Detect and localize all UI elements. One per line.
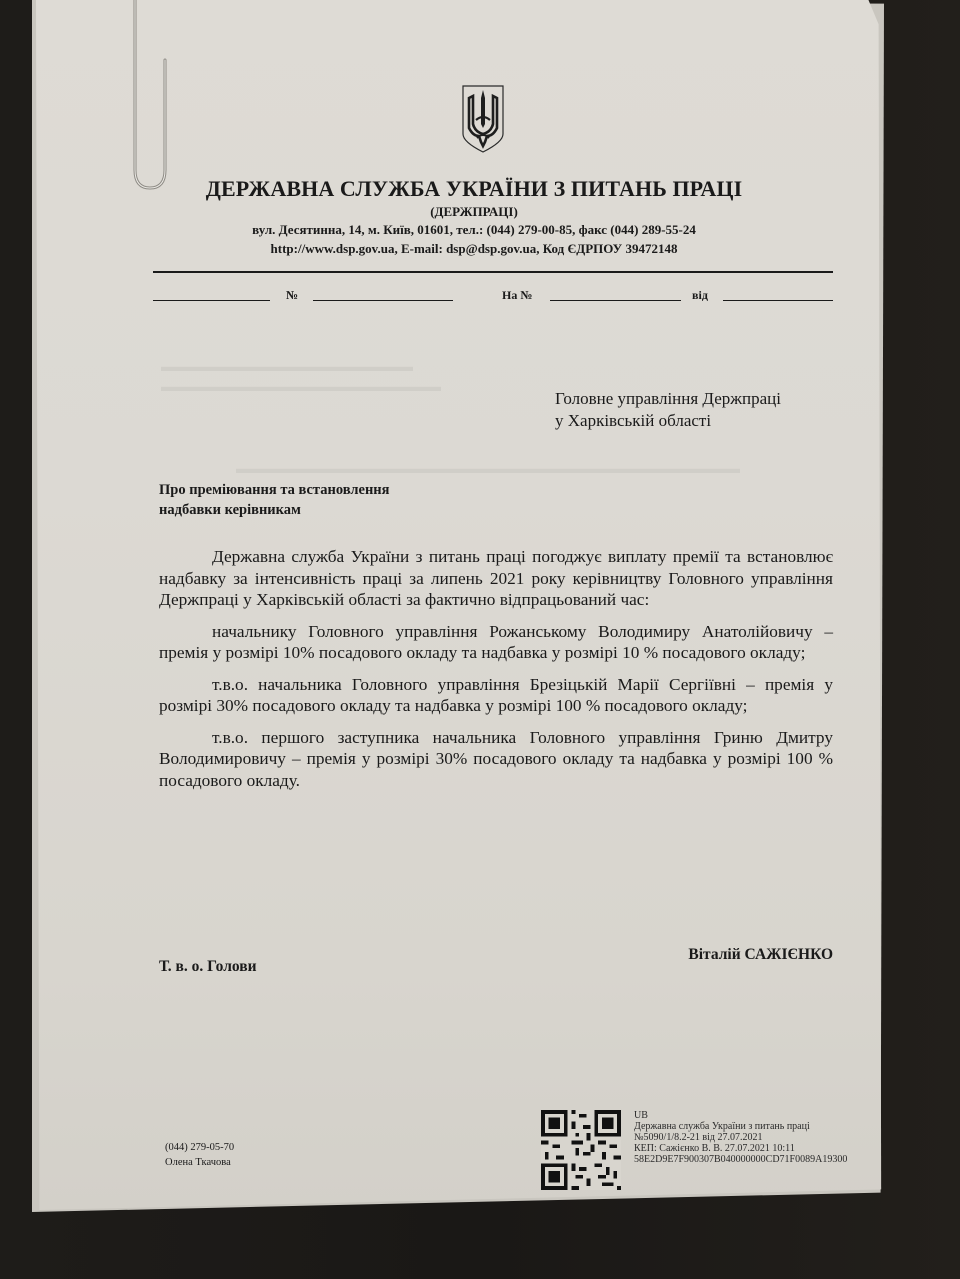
registration-line: № На № від (36, 288, 882, 306)
qr-code-icon (541, 1110, 621, 1190)
body-paragraph: начальнику Головного управління Рожанськ… (159, 621, 833, 664)
number-label: № (286, 288, 298, 303)
executor-name: Олена Ткачова (165, 1155, 234, 1170)
organization-address: вул. Десятинна, 14, м. Київ, 01601, тел.… (36, 222, 882, 238)
subject-line: Про преміювання та встановлення (159, 480, 390, 500)
signature-block: Т. в. о. Голови Віталій САЖІЄНКО (159, 944, 833, 974)
subject-line: надбавки керівникам (159, 500, 390, 520)
stamp-line: 58E2D9E7F900307B040000000CD71F0089A19300 (634, 1154, 847, 1165)
addressee-line: Головне управління Держпраці (555, 388, 781, 410)
bleed-through-text: ▬▬▬▬▬▬▬▬▬▬▬▬▬▬▬▬▬▬▬▬▬▬▬▬▬▬▬▬▬▬▬▬▬▬▬▬ (236, 462, 740, 478)
from-label: від (692, 288, 708, 303)
addressee-block: Головне управління Держпраці у Харківськ… (555, 388, 781, 432)
stamp-line: КЕП: Сажієнко В. В. 27.07.2021 10:11 (634, 1143, 847, 1154)
body-paragraph: т.в.о. начальника Головного управління Б… (159, 674, 833, 717)
subject-block: Про преміювання та встановлення надбавки… (159, 480, 390, 520)
reply-to-blank (550, 300, 681, 301)
trident-emblem-icon (461, 84, 505, 154)
addressee-line: у Харківській області (555, 410, 781, 432)
number-blank (313, 300, 453, 301)
from-blank (723, 300, 833, 301)
reply-to-label: На № (502, 288, 532, 303)
body-paragraph: т.в.о. першого заступника начальника Гол… (159, 727, 833, 792)
signer-name: Віталій САЖІЄНКО (688, 946, 833, 964)
bleed-through-text: ▬▬▬▬▬▬▬▬▬▬▬▬▬▬▬▬▬▬▬▬ (161, 380, 441, 396)
stamp-line: №5090/1/8.2-21 від 27.07.2021 (634, 1132, 847, 1143)
letter-body: Державна служба України з питань праці п… (159, 546, 833, 801)
executor-block: (044) 279-05-70 Олена Ткачова (165, 1140, 234, 1170)
header-divider (153, 271, 833, 273)
bleed-through-text: ▬▬▬▬▬▬▬▬▬▬▬▬▬▬▬▬▬▬ (161, 360, 413, 376)
paperclip-icon (125, 0, 175, 190)
body-paragraph: Державна служба України з питань праці п… (159, 546, 833, 611)
photo-scene: ▬▬▬▬▬▬▬▬▬▬▬▬▬▬▬▬▬▬ ▬▬▬▬▬▬▬▬▬▬▬▬▬▬▬▬▬▬▬▬ … (0, 0, 960, 1279)
executor-phone: (044) 279-05-70 (165, 1140, 234, 1155)
electronic-signature-stamp: UB Державна служба України з питань прац… (634, 1110, 847, 1165)
organization-abbreviation: (ДЕРЖПРАЦІ) (36, 204, 882, 220)
date-blank (153, 300, 270, 301)
organization-contacts: http://www.dsp.gov.ua, E-mail: dsp@dsp.g… (36, 241, 882, 257)
signer-position: Т. в. о. Голови (159, 958, 257, 976)
stamp-line: Державна служба України з питань праці (634, 1121, 847, 1132)
stamp-line: UB (634, 1110, 847, 1121)
